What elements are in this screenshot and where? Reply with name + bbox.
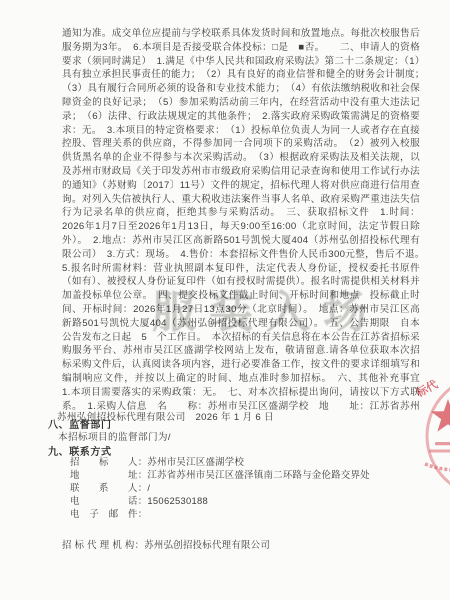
contact-info-rows: 招 标 人：苏州市吴江区盛湖学校 地 址：江苏省苏州市吴江区盛泽镇南二环路与金伦… [70,454,370,519]
contact-label: 联 系 人： [70,480,147,494]
contact-label: 招 标 人： [70,454,147,468]
contact-row-person: 联 系 人：/ [70,480,370,493]
seal-star-icon [431,399,450,432]
contact-value: 15062530188 [147,495,208,506]
contact-row-address: 地 址：江苏省苏州市吴江区盛泽镇南二环路与金伦路交界处 [70,467,370,480]
contact-row-phone: 电 话：15062530188 [70,493,370,506]
contact-row-email: 电 子 邮 件： [70,506,370,519]
contact-label: 电 子 邮 件： [70,506,147,520]
seal-rim-text: 标代 [413,376,441,400]
agency-seal-stamp: 标代 [405,376,450,491]
contact-value: 苏州市吴江区盛湖学校 [147,456,244,467]
contact-row-agency: 招 标 代 理 机 构：苏州弘创招投标代理有限公司 [62,537,270,551]
scanned-document-page: 服装入场 通知为准。成交单位应提前与学校联系具体发货时间和放置地点。每批次校服售… [0,0,450,600]
contact-label: 地 址： [70,467,147,481]
contact-row-bidder: 招 标 人：苏州市吴江区盛湖学校 [70,454,370,467]
seal-microtext-line [435,442,450,445]
contact-value: 苏州弘创招投标代理有限公司 [144,539,270,550]
contact-label: 招 标 代 理 机 构： [62,539,144,550]
supervision-body: 本招标项目的监督部门为/ [58,429,171,443]
contact-value: 江苏省苏州市吴江区盛泽镇南二环路与金伦路交界处 [147,469,370,480]
seal-microtext-line [429,450,450,453]
contact-value: / [147,482,150,493]
contact-label: 电 话： [70,493,147,507]
announcement-body-paragraph: 通知为准。成交单位应提前与学校联系具体发货时间和放置地点。每批次校服售后服务期为… [62,27,420,410]
